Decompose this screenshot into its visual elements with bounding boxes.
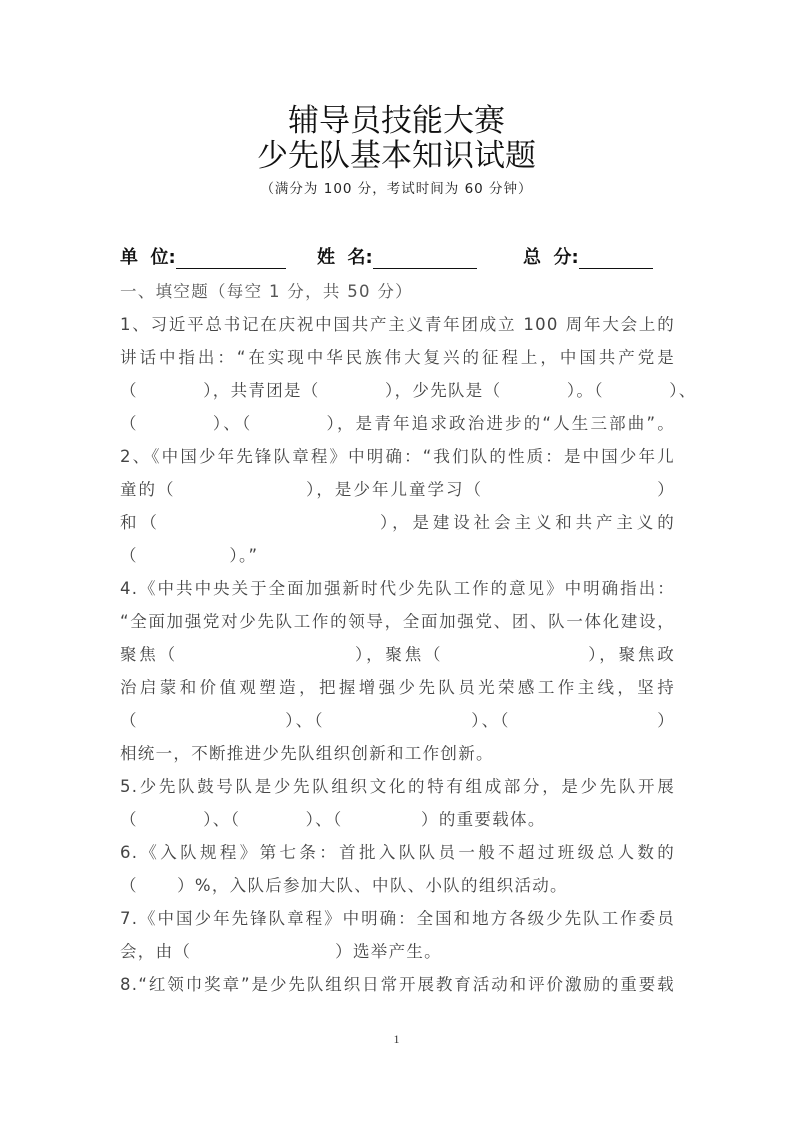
question-4-line-5: （ ）、（ ）、（ ） — [120, 707, 675, 731]
name-field[interactable]: 姓 名: — [317, 243, 477, 269]
question-8-line-1: 8.“红领巾奖章”是少先队组织日常开展教育活动和评价激励的重要载 — [120, 971, 675, 995]
question-7-line-2: 会，由（ ）选举产生。 — [120, 938, 675, 962]
question-1-line-2: 讲话中指出：“在实现中华民族伟大复兴的征程上，中国共产党是 — [120, 344, 675, 368]
question-1-line-4: （ ）、（ ），是青年追求政治进步的“人生三部曲”。 — [120, 410, 675, 434]
document-title-line2: 少先队基本知识试题 — [0, 130, 793, 175]
question-2-line-4: （ ）。” — [120, 542, 675, 566]
unit-label: 单 位: — [120, 247, 176, 268]
question-1-line-3: （ ），共青团是（ ），少先队是（ ）。（ ）、 — [120, 377, 675, 401]
name-label: 姓 名: — [317, 247, 373, 268]
unit-field[interactable]: 单 位: — [120, 243, 286, 269]
question-4-line-1: 4.《中共中央关于全面加强新时代少先队工作的意见》中明确指出： — [120, 575, 675, 599]
question-4-line-3: 聚焦（ ），聚焦（ ），聚焦政 — [120, 641, 675, 665]
question-6-line-2: （ ）%，入队后参加大队、中队、小队的组织活动。 — [120, 872, 675, 896]
page-number: 1 — [0, 1032, 793, 1047]
unit-blank[interactable] — [176, 248, 286, 269]
question-7-line-1: 7.《中国少年先锋队章程》中明确：全国和地方各级少先队工作委员 — [120, 905, 675, 929]
question-4-line-4: 治启蒙和价值观塑造，把握增强少先队员光荣感工作主线，坚持 — [120, 674, 675, 698]
question-6-line-1: 6.《入队规程》第七条：首批入队队员一般不超过班级总人数的 — [120, 839, 675, 863]
question-5-line-1: 5.少先队鼓号队是少先队组织文化的特有组成部分，是少先队开展 — [120, 773, 675, 797]
section-heading: 一、填空题（每空 1 分，共 50 分） — [120, 278, 675, 302]
question-2-line-1: 2、《中国少年先锋队章程》中明确：“我们队的性质：是中国少年儿 — [120, 443, 675, 467]
name-blank[interactable] — [373, 248, 477, 269]
total-score-blank[interactable] — [579, 248, 653, 269]
total-score-label: 总 分: — [523, 247, 579, 268]
question-5-line-2: （ ）、（ ）、（ ）的重要载体。 — [120, 806, 675, 830]
total-score-field[interactable]: 总 分: — [523, 243, 653, 269]
question-4-line-6: 相统一，不断推进少先队组织创新和工作创新。 — [120, 740, 675, 764]
question-2-line-2: 童的（ ），是少年儿童学习（ ） — [120, 476, 675, 500]
exam-subtitle: （满分为 100 分，考试时间为 60 分钟） — [0, 177, 793, 197]
document-page: 辅导员技能大赛 少先队基本知识试题 （满分为 100 分，考试时间为 60 分钟… — [0, 0, 793, 1122]
info-row: 单 位: 姓 名: 总 分: — [120, 243, 675, 269]
question-2-line-3: 和（ ），是建设社会主义和共产主义的 — [120, 509, 675, 533]
question-1-line-1: 1、习近平总书记在庆祝中国共产主义青年团成立 100 周年大会上的 — [120, 311, 675, 335]
question-4-line-2: “全面加强党对少先队工作的领导，全面加强党、团、队一体化建设， — [120, 608, 675, 632]
